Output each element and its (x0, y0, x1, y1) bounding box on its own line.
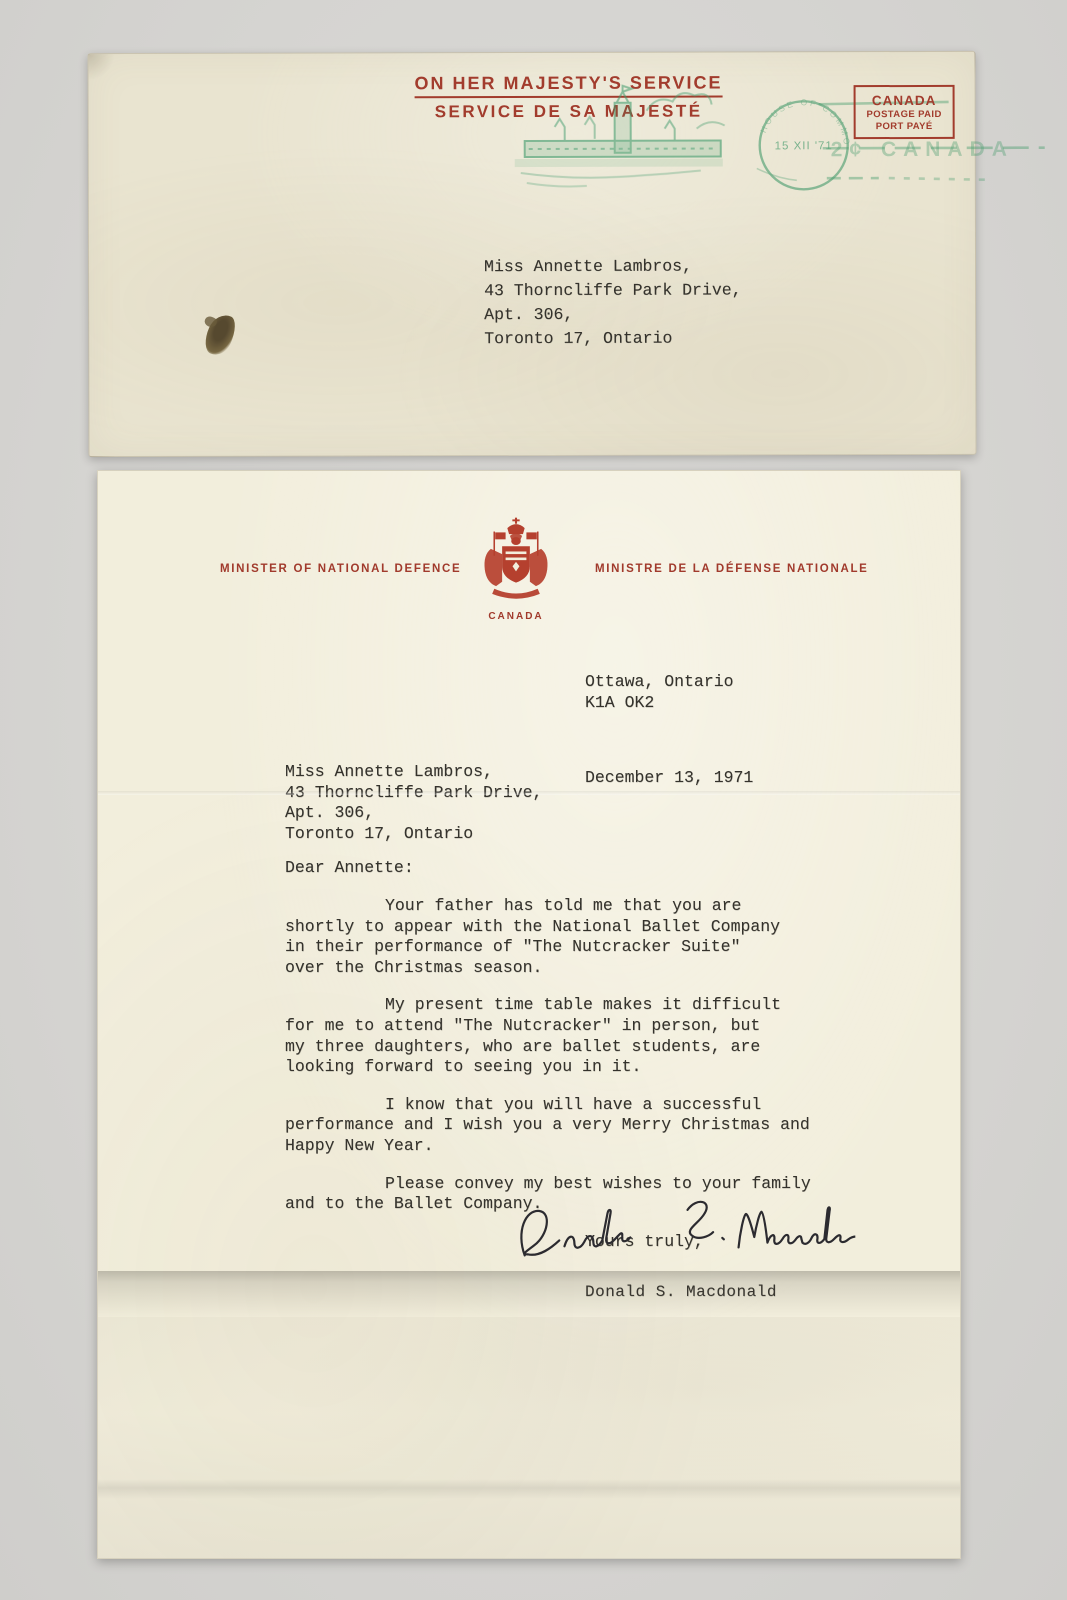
postage-paid-box: CANADA POSTAGE PAID PORT PAYÉ (854, 85, 955, 139)
canada-coat-of-arms-icon (477, 513, 555, 609)
postage-box-english: POSTAGE PAID (856, 108, 953, 119)
letterhead-country: CANADA (477, 611, 555, 622)
envelope: ON HER MAJESTY'S SERVICE SERVICE DE SA M… (87, 51, 976, 457)
meter-ghost-text: 2¢ CANADA (831, 138, 1043, 163)
paragraph-1: Your father has told me that you are sho… (285, 896, 870, 978)
parliament-buildings-cachet-icon (497, 80, 757, 199)
fold-crease-lower (98, 1479, 960, 1499)
lower-panel-shading (98, 1317, 960, 1558)
paragraph-2: My present time table makes it difficult… (285, 995, 870, 1077)
handwritten-signature (509, 1188, 856, 1268)
typed-signature-name: Donald S. Macdonald (585, 1283, 777, 1301)
envelope-address: Miss Annette Lambros, 43 Thorncliffe Par… (484, 254, 742, 351)
postage-box-country: CANADA (856, 92, 953, 107)
letter-page: MINISTER OF NATIONAL DEFENCE (97, 470, 961, 1559)
letterhead-title-english: MINISTER OF NATIONAL DEFENCE (220, 563, 461, 575)
letterhead-title-french: MINISTRE DE LA DÉFENSE NATIONALE (595, 563, 869, 575)
paragraph-3: I know that you will have a successful p… (285, 1095, 870, 1157)
photo-of-letter-and-envelope: ON HER MAJESTY'S SERVICE SERVICE DE SA M… (0, 0, 1067, 1600)
letter-body: Miss Annette Lambros, 43 Thorncliffe Par… (285, 762, 870, 1252)
recipient-address: Miss Annette Lambros, 43 Thorncliffe Par… (285, 762, 870, 844)
salutation: Dear Annette: (285, 858, 870, 879)
envelope-stain (200, 310, 241, 359)
postage-box-french: PORT PAYÉ (856, 120, 953, 131)
fold-shadow-band (98, 1271, 960, 1317)
origin-city-postal: Ottawa, Ontario K1A OK2 (585, 672, 753, 713)
